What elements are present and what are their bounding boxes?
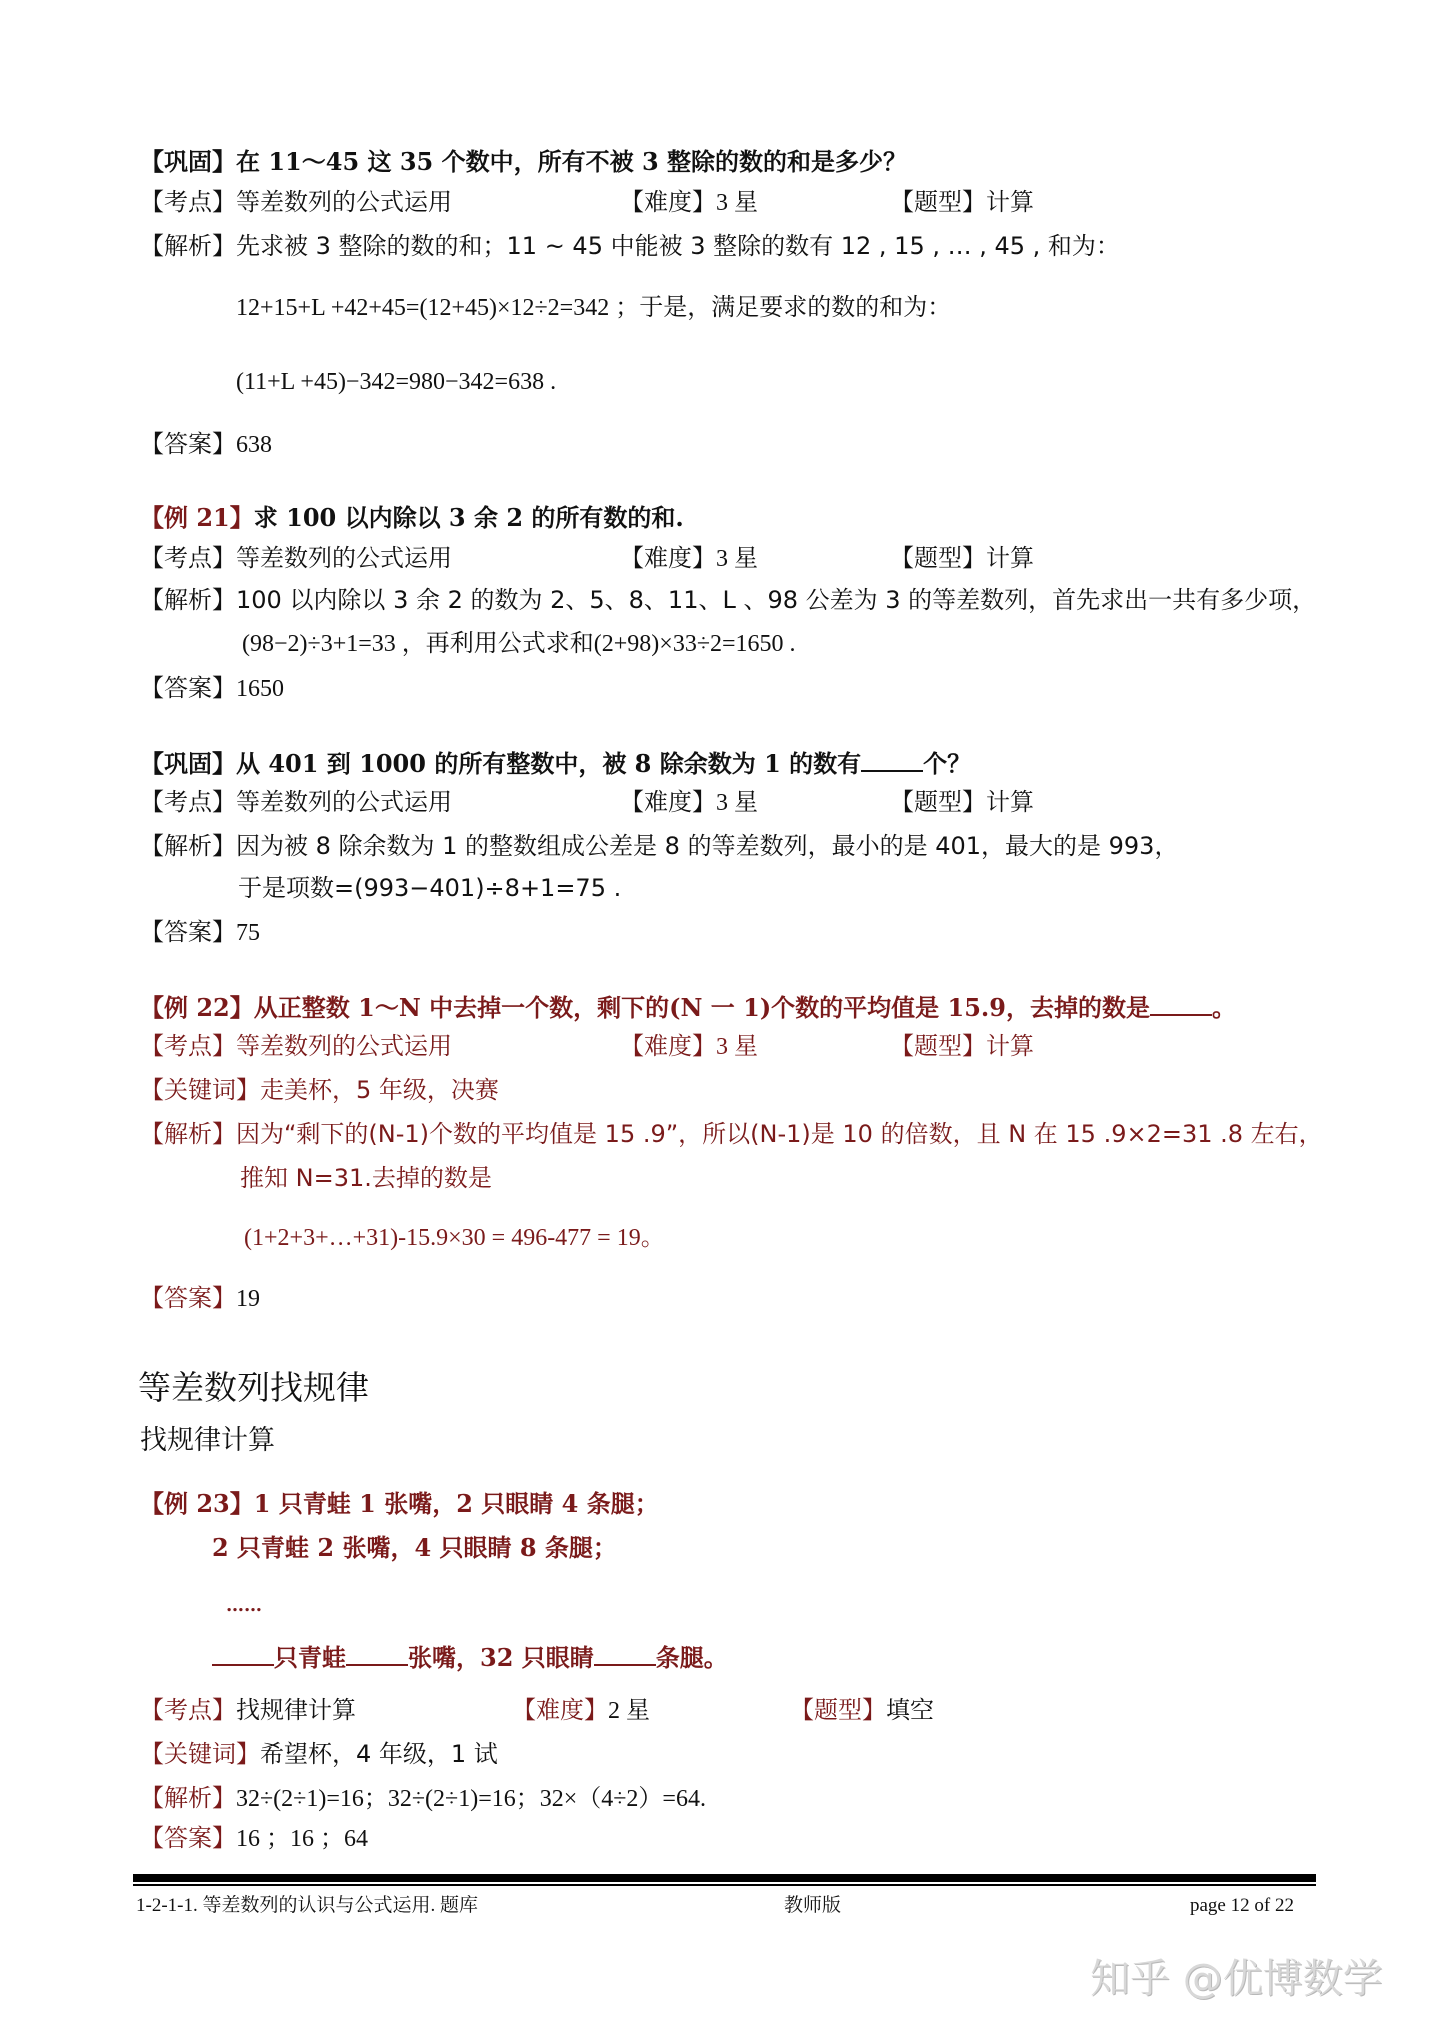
formula-line: 12+15+L +42+45=(12+45)×12÷2=342 ；于是，满足要求… xyxy=(236,292,951,324)
question-tag: 【巩固】 xyxy=(140,749,236,778)
jiexi-label: 【解析】 xyxy=(140,1120,236,1148)
jiexi-row: 【解析】先求被 3 整除的数的和；11 ~ 45 中能被 3 整除的数有 12 … xyxy=(140,230,1120,262)
keywords-value: 希望杯，4 年级，1 试 xyxy=(260,1740,498,1768)
jiexi-row: 【解析】因为被 8 除余数为 1 的整数组成公差是 8 的等差数列，最小的是 4… xyxy=(140,830,1178,862)
nandu-value: 2 星 xyxy=(608,1698,650,1724)
answer-label: 【答案】 xyxy=(140,430,236,458)
answer-row: 【答案】16 ；16 ；64 xyxy=(140,1822,368,1855)
tixing-label: 【题型】 xyxy=(890,544,986,572)
document-page: 【巩固】在 11～45 这 35 个数中，所有不被 3 整除的数的和是多少？ 【… xyxy=(0,0,1440,2036)
nandu-value: 3 星 xyxy=(716,1034,758,1060)
answer-blank xyxy=(1150,990,1212,1016)
jiexi-label: 【解析】 xyxy=(140,832,236,860)
answer-value: 1650 xyxy=(236,676,284,702)
question-line: 【巩固】在 11～45 这 35 个数中，所有不被 3 整除的数的和是多少？ xyxy=(140,146,907,178)
jiexi-row: 【解析】100 以内除以 3 余 2 的数为 2、5、8、11、L 、98 公差… xyxy=(140,584,1316,616)
answer-row: 【答案】1650 xyxy=(140,672,284,705)
example-tag: 【例 21】 xyxy=(140,503,254,532)
question-line: 【例 21】求 100 以内除以 3 余 2 的所有数的和. xyxy=(140,502,684,534)
keywords-label: 【关键词】 xyxy=(140,1076,260,1104)
keywords-row: 【关键词】希望杯，4 年级，1 试 xyxy=(140,1738,498,1770)
question-line: 2 只青蛙 2 张嘴，4 只眼睛 8 条腿； xyxy=(212,1532,617,1564)
answer-value: 638 xyxy=(236,432,272,458)
kaodian-value: 等差数列的公式运用 xyxy=(236,188,452,216)
question-text-end: 。 xyxy=(1212,993,1236,1022)
kaodian-label: 【考点】 xyxy=(140,788,236,816)
kaodian-value: 找规律计算 xyxy=(236,1696,356,1724)
answer-label: 【答案】 xyxy=(140,1284,236,1312)
formula-line: (98−2)÷3+1=33 ，再利用公式求和(2+98)×33÷2=1650 . xyxy=(242,628,796,660)
example-tag: 【例 23】 xyxy=(140,1489,254,1518)
meta-row: 【考点】等差数列的公式运用 【难度】3 星 【题型】计算 xyxy=(140,542,1240,574)
nandu-value: 3 星 xyxy=(716,790,758,816)
kaodian-label: 【考点】 xyxy=(140,1032,236,1060)
tixing-label: 【题型】 xyxy=(790,1696,886,1724)
keywords-value: 走美杯，5 年级，决赛 xyxy=(260,1076,499,1104)
fill-line: 只青蛙张嘴，32 只眼睛条腿。 xyxy=(212,1640,728,1674)
answer-value: 16 ；16 ；64 xyxy=(236,1826,368,1852)
jiexi-row: 【解析】32÷(2÷1)=16；32÷(2÷1)=16；32×（4÷2）=64. xyxy=(140,1782,706,1815)
question-text: 1 只青蛙 1 张嘴，2 只眼睛 4 条腿； xyxy=(254,1489,659,1518)
question-line: 【例 22】从正整数 1～N 中去掉一个数，剩下的(N 一 1)个数的平均值是 … xyxy=(140,990,1236,1024)
fill-text: 只青蛙 xyxy=(274,1643,346,1672)
tixing-value: 计算 xyxy=(986,788,1034,816)
answer-blank xyxy=(861,746,923,772)
jiexi-text: 因为被 8 除余数为 1 的整数组成公差是 8 的等差数列，最小的是 401，最… xyxy=(236,832,1178,860)
nandu-label: 【难度】 xyxy=(512,1696,608,1724)
formula-line: 于是项数=(993−401)÷8+1=75 . xyxy=(238,872,621,904)
keywords-row: 【关键词】走美杯，5 年级，决赛 xyxy=(140,1074,499,1106)
kaodian-value: 等差数列的公式运用 xyxy=(236,544,452,572)
question-text: 从 401 到 1000 的所有整数中，被 8 除余数为 1 的数有 xyxy=(236,749,861,778)
question-text: 在 11～45 这 35 个数中，所有不被 3 整除的数的和是多少？ xyxy=(236,147,907,176)
question-text-end: 个？ xyxy=(923,749,971,778)
tixing-value: 计算 xyxy=(986,544,1034,572)
kaodian-label: 【考点】 xyxy=(140,544,236,572)
jiexi-row: 【解析】因为“剩下的(N-1)个数的平均值是 15 .9”，所以(N-1)是 1… xyxy=(140,1118,1323,1150)
question-line: 【例 23】1 只青蛙 1 张嘴，2 只眼睛 4 条腿； xyxy=(140,1488,659,1520)
question-text: 求 100 以内除以 3 余 2 的所有数的和. xyxy=(254,503,684,532)
fill-text: 张嘴，32 只眼睛 xyxy=(408,1643,594,1672)
footer-doc-title: 1-2-1-1. 等差数列的认识与公式运用. 题库 xyxy=(136,1894,478,1918)
jiexi-continued: 推知 N=31.去掉的数是 xyxy=(240,1162,492,1194)
jiexi-text: 32÷(2÷1)=16；32÷(2÷1)=16；32×（4÷2）=64. xyxy=(236,1786,706,1812)
nandu-value: 3 星 xyxy=(716,190,758,216)
tixing-label: 【题型】 xyxy=(890,788,986,816)
answer-value: 75 xyxy=(236,920,260,946)
jiexi-text: 100 以内除以 3 余 2 的数为 2、5、8、11、L 、98 公差为 3 … xyxy=(236,586,1316,614)
kaodian-value: 等差数列的公式运用 xyxy=(236,1032,452,1060)
nandu-label: 【难度】 xyxy=(620,188,716,216)
nandu-label: 【难度】 xyxy=(620,1032,716,1060)
tixing-label: 【题型】 xyxy=(890,1032,986,1060)
answer-row: 【答案】19 xyxy=(140,1282,260,1315)
answer-blank xyxy=(346,1640,408,1666)
tixing-label: 【题型】 xyxy=(890,188,986,216)
jiexi-label: 【解析】 xyxy=(140,586,236,614)
nandu-value: 3 星 xyxy=(716,546,758,572)
meta-row: 【考点】等差数列的公式运用 【难度】3 星 【题型】计算 xyxy=(140,1030,1240,1062)
meta-row: 【考点】找规律计算 【难度】2 星 【题型】填空 xyxy=(140,1694,1240,1726)
answer-label: 【答案】 xyxy=(140,1824,236,1852)
section-heading: 等差数列找规律 xyxy=(138,1368,369,1408)
answer-row: 【答案】638 xyxy=(140,428,272,461)
section-subheading: 找规律计算 xyxy=(140,1424,275,1458)
question-tag: 【巩固】 xyxy=(140,147,236,176)
nandu-label: 【难度】 xyxy=(620,544,716,572)
jiexi-text: 因为“剩下的(N-1)个数的平均值是 15 .9”，所以(N-1)是 10 的倍… xyxy=(236,1120,1323,1148)
jiexi-text: 先求被 3 整除的数的和；11 ~ 45 中能被 3 整除的数有 12 , 15… xyxy=(236,232,1120,260)
nandu-label: 【难度】 xyxy=(620,788,716,816)
keywords-label: 【关键词】 xyxy=(140,1740,260,1768)
kaodian-label: 【考点】 xyxy=(140,1696,236,1724)
question-line: 【巩固】从 401 到 1000 的所有整数中，被 8 除余数为 1 的数有个？ xyxy=(140,746,971,780)
footer-edition: 教师版 xyxy=(784,1894,841,1918)
tixing-value: 计算 xyxy=(986,188,1034,216)
jiexi-label: 【解析】 xyxy=(140,1784,236,1812)
example-tag: 【例 22】 xyxy=(140,993,254,1022)
meta-row: 【考点】等差数列的公式运用 【难度】3 星 【题型】计算 xyxy=(140,186,1240,218)
meta-row: 【考点】等差数列的公式运用 【难度】3 星 【题型】计算 xyxy=(140,786,1240,818)
watermark: 知乎 @优博数学 xyxy=(1090,1954,1383,2004)
answer-label: 【答案】 xyxy=(140,918,236,946)
answer-blank xyxy=(594,1640,656,1666)
jiexi-label: 【解析】 xyxy=(140,232,236,260)
answer-blank xyxy=(212,1640,274,1666)
question-text: 从正整数 1～N 中去掉一个数，剩下的(N 一 1)个数的平均值是 15.9，去… xyxy=(254,993,1150,1022)
formula-line: (1+2+3+…+31)-15.9×30 = 496-477 = 19。 xyxy=(244,1222,665,1254)
footer-page-number: page 12 of 22 xyxy=(1190,1894,1294,1918)
answer-label: 【答案】 xyxy=(140,674,236,702)
tixing-value: 计算 xyxy=(986,1032,1034,1060)
footer-rule xyxy=(133,1874,1316,1882)
fill-text: 条腿。 xyxy=(656,1643,728,1672)
formula-line: (11+L +45)−342=980−342=638 . xyxy=(236,366,556,398)
footer-rule-thin xyxy=(133,1884,1316,1886)
kaodian-label: 【考点】 xyxy=(140,188,236,216)
answer-row: 【答案】75 xyxy=(140,916,260,949)
answer-value: 19 xyxy=(236,1286,260,1312)
kaodian-value: 等差数列的公式运用 xyxy=(236,788,452,816)
ellipsis-line: …… xyxy=(226,1590,262,1622)
tixing-value: 填空 xyxy=(886,1696,934,1724)
